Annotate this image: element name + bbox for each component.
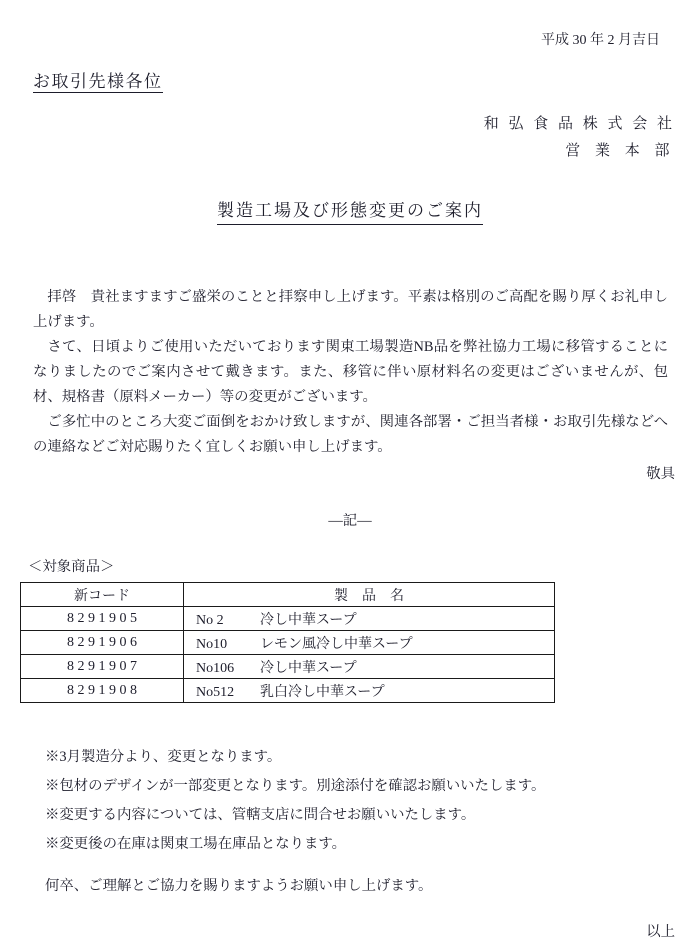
table-row: 8 2 9 1 9 0 8 No512乳白冷し中華スープ (21, 679, 555, 703)
table-header-name: 製 品 名 (184, 583, 555, 607)
document-page: 平成 30 年 2 月吉日 お取引先様各位 和 弘 食 品 株 式 会 社 営 … (0, 0, 700, 950)
product-code: 8 2 9 1 9 0 8 (21, 679, 184, 703)
product-name: レモン風冷し中華スープ (260, 637, 413, 652)
document-title: 製造工場及び形態変更のご案内 (217, 196, 483, 225)
product-code: 8 2 9 1 9 0 6 (21, 631, 184, 655)
table-header-code: 新コード (21, 583, 184, 607)
recipient-text: お取引先様各位 (33, 72, 163, 93)
company-name: 和 弘 食 品 株 式 会 社 (0, 114, 700, 134)
division-name: 営 業 本 部 (0, 142, 700, 161)
closing-keigu: 敬具 (0, 464, 700, 484)
paragraph-request: ご多忙中のところ大変ご面倒をおかけ致しますが、関連各部署・ご担当者様・お取引先様… (33, 410, 668, 460)
product-name-cell: No512乳白冷し中華スープ (184, 679, 555, 703)
note-line: ※3月製造分より、変更となります。 (45, 743, 700, 772)
notes-block: ※3月製造分より、変更となります。 ※包材のデザインが一部変更となります。別途添… (45, 743, 700, 859)
product-name: 冷し中華スープ (260, 661, 357, 676)
table-row: 8 2 9 1 9 0 6 No10レモン風冷し中華スープ (21, 631, 555, 655)
product-name-cell: No10レモン風冷し中華スープ (184, 631, 555, 655)
body-text: 拝啓 貴社ますますご盛栄のことと拝察申し上げます。平素は格別のご高配を賜り厚くお… (33, 285, 668, 460)
product-code: 8 2 9 1 9 0 5 (21, 607, 184, 631)
product-no: No 2 (196, 613, 260, 629)
table-caption: ＜対象商品＞ (28, 557, 700, 577)
record-marker: ―記― (0, 511, 700, 531)
product-no: No10 (196, 637, 260, 653)
paragraph-main: さて、日頃よりご使用いただいております関東工場製造NB品を弊社協力工場に移管する… (33, 335, 668, 410)
note-line: ※包材のデザインが一部変更となります。別途添付を確認お願いいたします。 (45, 772, 700, 801)
table-row: 8 2 9 1 9 0 5 No 2冷し中華スープ (21, 607, 555, 631)
product-name-cell: No 2冷し中華スープ (184, 607, 555, 631)
product-name-cell: No106冷し中華スープ (184, 655, 555, 679)
product-code: 8 2 9 1 9 0 7 (21, 655, 184, 679)
title-wrap: 製造工場及び形態変更のご案内 (0, 196, 700, 225)
product-no: No512 (196, 685, 260, 701)
note-line: ※変更後の在庫は関東工場在庫品となります。 (45, 830, 700, 859)
note-line: ※変更する内容については、管轄支店に問合せお願いいたします。 (45, 801, 700, 830)
product-name: 冷し中華スープ (260, 613, 357, 628)
product-no: No106 (196, 661, 260, 677)
recipient-line: お取引先様各位 (33, 70, 700, 93)
product-name: 乳白冷し中華スープ (260, 685, 385, 700)
table-row: 8 2 9 1 9 0 7 No106冷し中華スープ (21, 655, 555, 679)
closing-request: 何卒、ご理解とご協力を賜りますようお願い申し上げます。 (45, 876, 700, 896)
products-table: 新コード 製 品 名 8 2 9 1 9 0 5 No 2冷し中華スープ 8 2… (20, 582, 555, 703)
date: 平成 30 年 2 月吉日 (0, 0, 700, 50)
paragraph-greeting: 拝啓 貴社ますますご盛栄のことと拝察申し上げます。平素は格別のご高配を賜り厚くお… (33, 285, 668, 335)
closing-ijou: 以上 (0, 922, 700, 942)
table-header-row: 新コード 製 品 名 (21, 583, 555, 607)
